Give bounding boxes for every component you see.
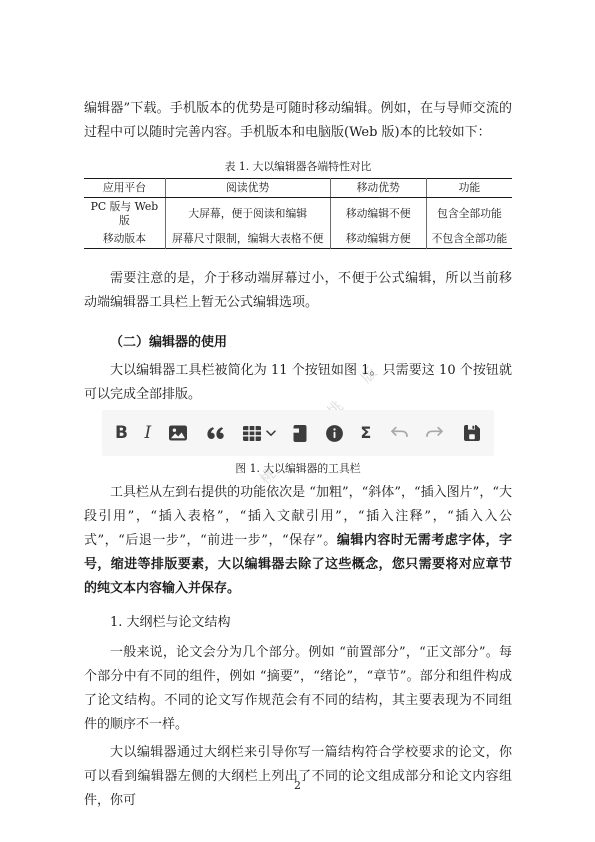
table-icon bbox=[242, 425, 262, 442]
image-icon bbox=[168, 424, 188, 442]
redo-button bbox=[425, 426, 446, 440]
undo-icon bbox=[388, 426, 409, 440]
paragraph-4: 工具栏从左到右提供的功能依次是 “加粗”，“斜体”，“插入图片”，“大段引用”，… bbox=[84, 481, 512, 601]
paragraph-1: 编辑器”下载。手机版本的优势是可随时移动编辑。例如，在与导师交流的过程中可以随时… bbox=[84, 97, 512, 145]
annotation-button bbox=[325, 424, 344, 443]
insert-table-button bbox=[242, 425, 276, 442]
blockquote-button bbox=[204, 426, 225, 440]
formula-button: Σ bbox=[360, 423, 371, 443]
citation-button bbox=[292, 424, 308, 443]
table-cell: PC 版与 Web 版 bbox=[84, 198, 165, 231]
table-header-reading: 阅读优势 bbox=[165, 179, 330, 198]
book-citation-icon bbox=[292, 424, 308, 443]
table-row: PC 版与 Web 版 大屏幕，便于阅读和编辑 移动编辑不便 包含全部功能 bbox=[84, 198, 512, 231]
chevron-down-icon bbox=[266, 430, 276, 437]
table-cell: 屏幕尺寸限制，编辑大表格不便 bbox=[165, 230, 330, 249]
table-row: 移动版本 屏幕尺寸限制，编辑大表格不便 移动编辑方便 不包含全部功能 bbox=[84, 230, 512, 249]
bold-icon: B bbox=[115, 423, 128, 443]
page-number: 2 bbox=[0, 779, 595, 792]
table-cell: 移动编辑不便 bbox=[330, 198, 426, 231]
table-cell: 移动编辑方便 bbox=[330, 230, 426, 249]
paragraph-3: 大以编辑器工具栏被简化为 11 个按钮如图 1。只需要这 10 个按钮就可以完成… bbox=[84, 359, 512, 407]
section-heading: （二）编辑器的使用 bbox=[84, 331, 512, 355]
editor-toolbar-figure: B I bbox=[102, 410, 494, 456]
insert-image-button bbox=[168, 424, 188, 442]
italic-icon: I bbox=[145, 423, 152, 443]
bold-button: B bbox=[115, 423, 128, 443]
undo-button bbox=[388, 426, 409, 440]
table-header-features: 功能 bbox=[426, 179, 512, 198]
page-content: 编辑器”下载。手机版本的优势是可随时移动编辑。例如，在与导师交流的过程中可以随时… bbox=[84, 97, 512, 813]
italic-button: I bbox=[145, 423, 152, 443]
table-cell: 不包含全部功能 bbox=[426, 230, 512, 249]
table-header-row: 应用平台 阅读优势 移动优势 功能 bbox=[84, 179, 512, 198]
redo-icon bbox=[425, 426, 446, 440]
save-button bbox=[463, 424, 481, 442]
figure-caption: 图 1. 大以编辑器的工具栏 bbox=[84, 461, 512, 477]
paragraph-6: 大以编辑器通过大纲栏来引导你写一篇结构符合学校要求的论文，你可以看到编辑器左侧的… bbox=[84, 741, 512, 813]
quote-icon bbox=[204, 426, 225, 440]
platform-comparison-table: 应用平台 阅读优势 移动优势 功能 PC 版与 Web 版 大屏幕，便于阅读和编… bbox=[84, 178, 512, 249]
table-caption: 表 1. 大以编辑器各端特性对比 bbox=[84, 159, 512, 175]
table-header-platform: 应用平台 bbox=[84, 179, 165, 198]
save-floppy-icon bbox=[463, 424, 481, 442]
numbered-subheading: 1. 大纲栏与论文结构 bbox=[84, 611, 512, 635]
table-header-mobility: 移动优势 bbox=[330, 179, 426, 198]
sigma-icon: Σ bbox=[360, 423, 371, 443]
paragraph-5: 一般来说，论文会分为几个部分。例如 “前置部分”，“正文部分”。每个部分中有不同… bbox=[84, 641, 512, 737]
table-cell: 大屏幕，便于阅读和编辑 bbox=[165, 198, 330, 231]
table-cell: 包含全部功能 bbox=[426, 198, 512, 231]
document-page: 桃 版 桃 版 编辑器”下载。手机版本的优势是可随时移动编辑。例如，在与导师交流… bbox=[0, 0, 595, 842]
table-cell: 移动版本 bbox=[84, 230, 165, 249]
info-icon bbox=[325, 424, 344, 443]
paragraph-2: 需要注意的是，介于移动端屏幕过小，不便于公式编辑，所以当前移动端编辑器工具栏上暂… bbox=[84, 267, 512, 315]
